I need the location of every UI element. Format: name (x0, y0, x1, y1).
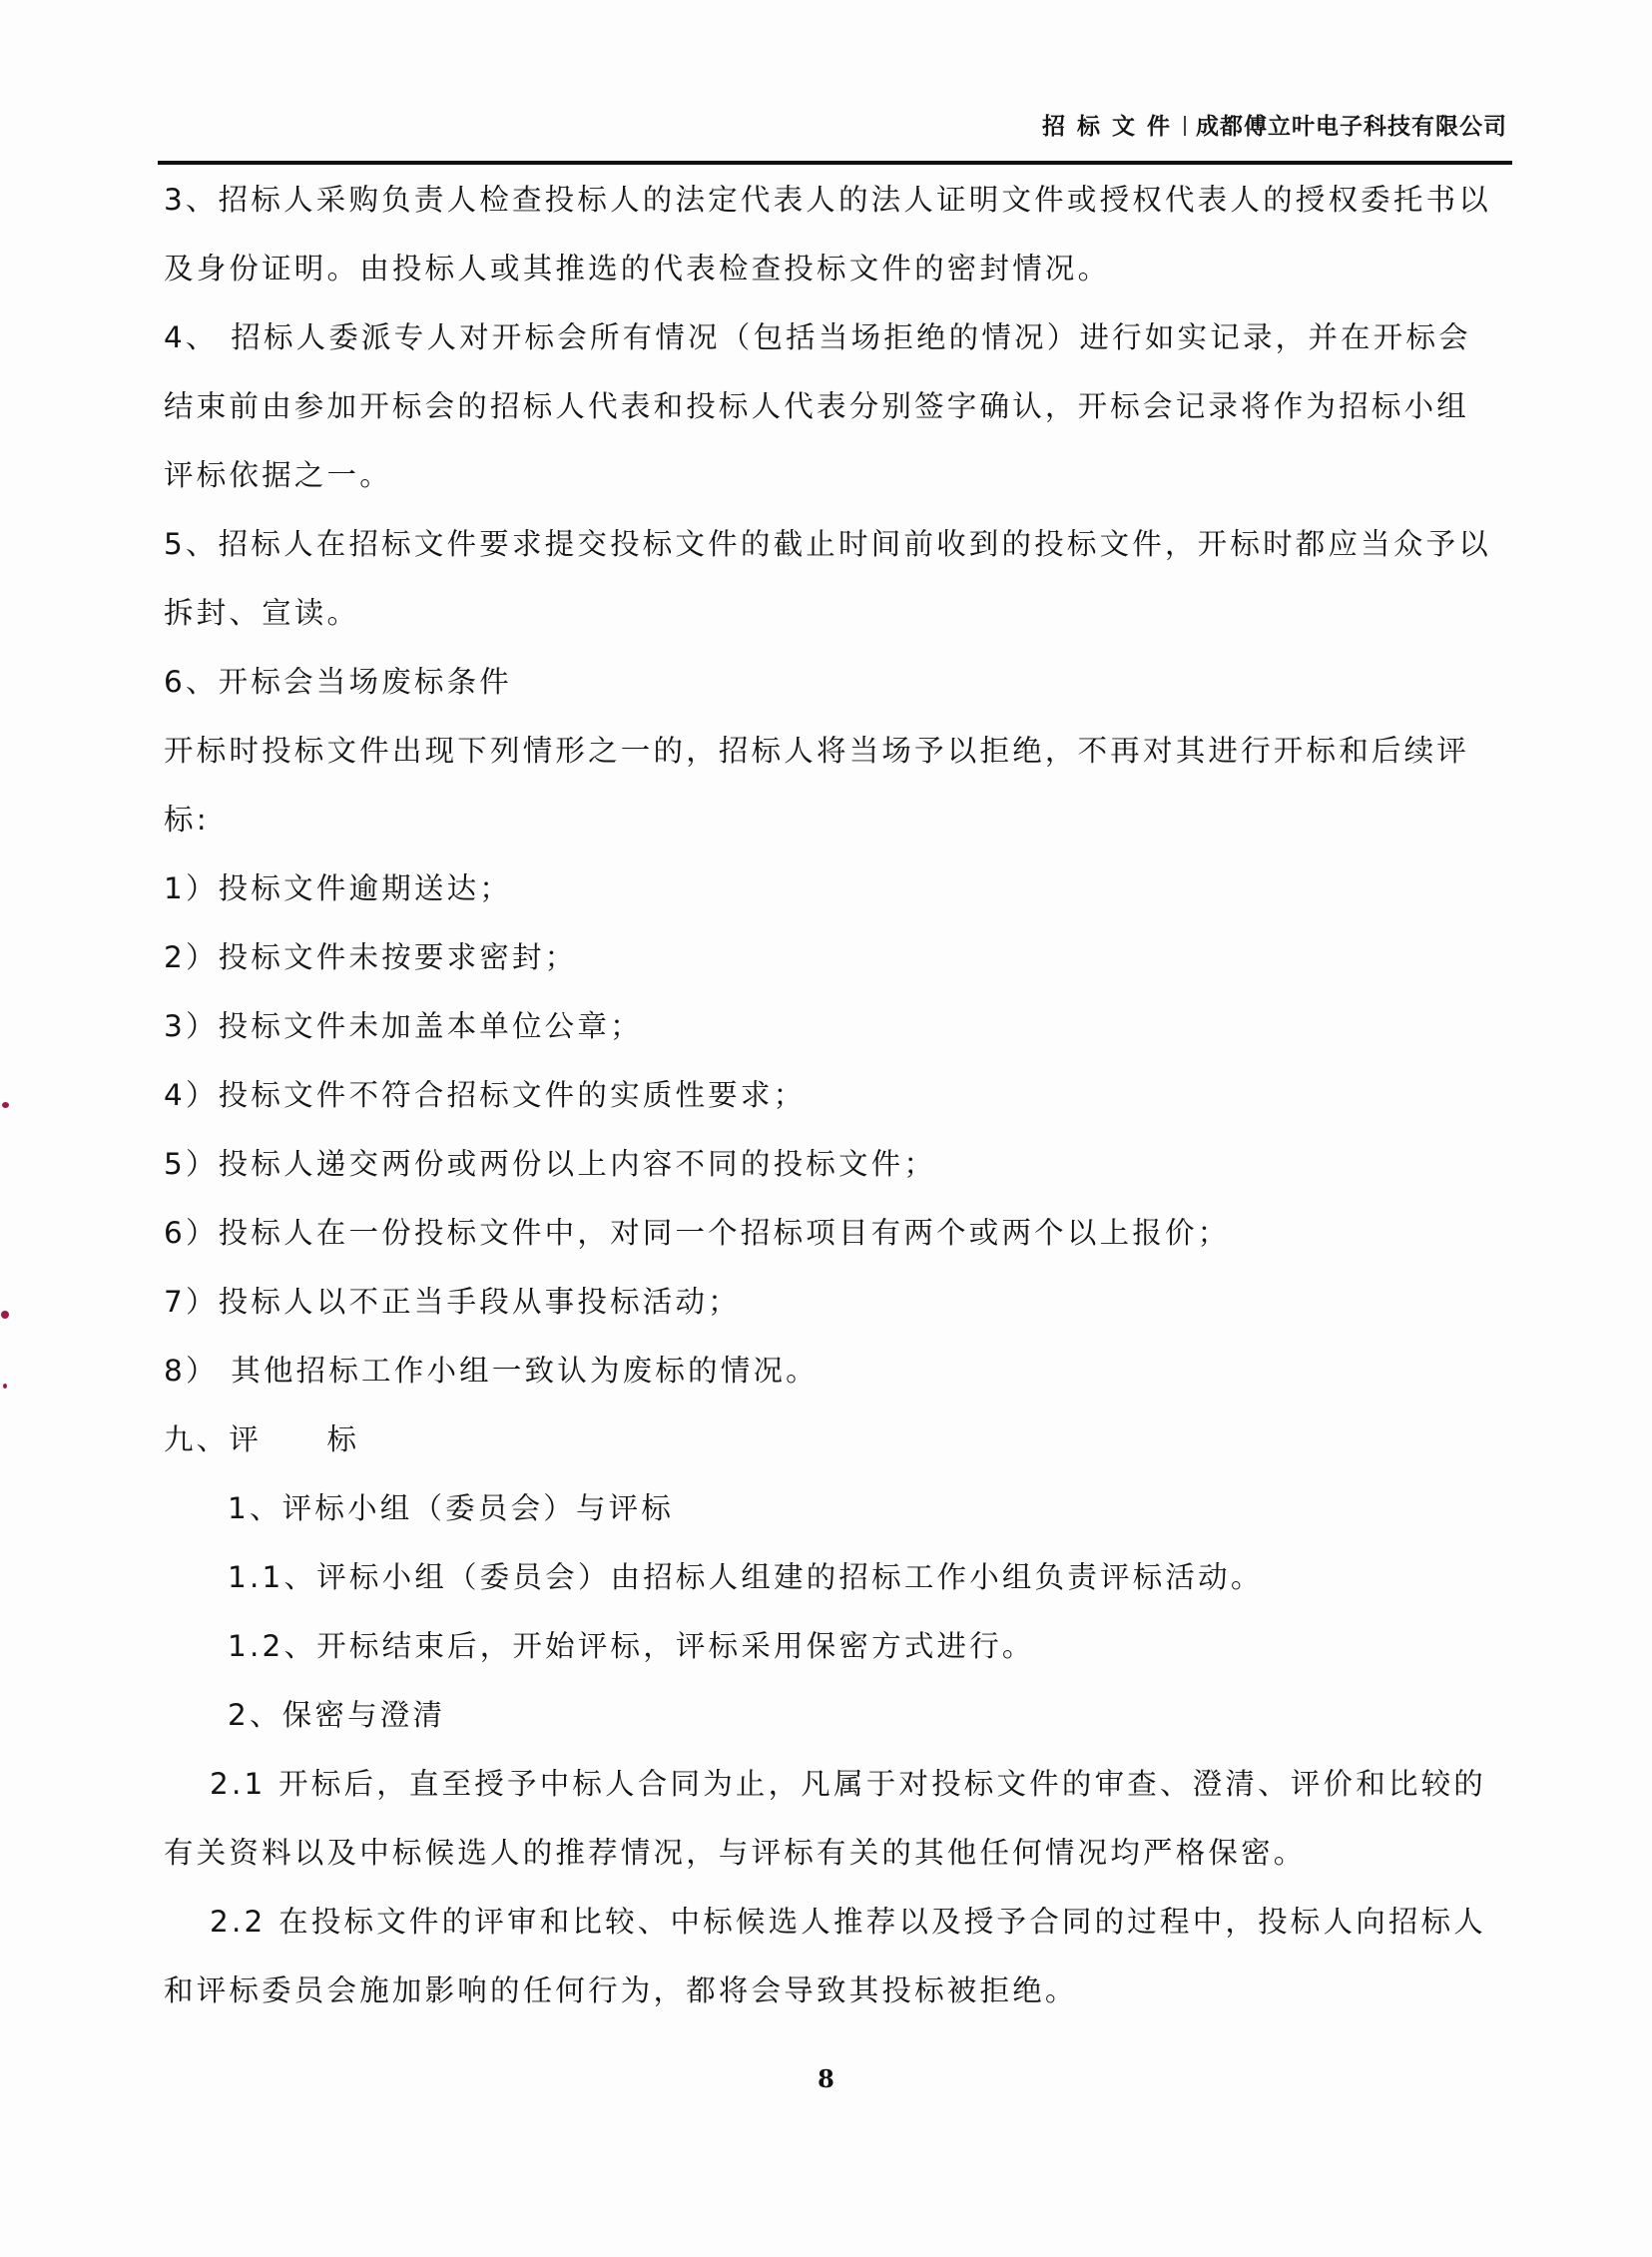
header-doc-type: 招标文件 (1042, 114, 1182, 140)
paragraph-4-line-2: 结束前由参加开标会的招标人代表和投标人代表分别签字确认，开标会记录将作为招标小组 (164, 388, 1469, 424)
header-company: 成都傅立叶电子科技有限公司 (1196, 114, 1507, 140)
clause-2-2-line-1: 2.2 在投标文件的评审和比较、中标候选人推荐以及授予合同的过程中，投标人向招标… (210, 1904, 1486, 1940)
clause-2-2-line-2: 和评标委员会施加影响的任何行为，都将会导致其投标被拒绝。 (164, 1973, 1078, 2008)
clause-2-1-line-1: 2.1 开标后，直至授予中标人合同为止，凡属于对投标文件的审查、澄清、评价和比较… (210, 1766, 1486, 1802)
paragraph-3-line-1: 3、招标人采购负责人检查投标人的法定代表人的法人证明文件或授权代表人的授权委托书… (164, 182, 1491, 218)
section-6-title: 6、开标会当场废标条件 (164, 664, 512, 700)
subsection-2-title: 2、保密与澄清 (228, 1697, 445, 1733)
paragraph-5-line-2: 拆封、宣读。 (164, 595, 359, 631)
rejection-item-7: 7）投标人以不正当手段从事投标活动； (164, 1284, 741, 1320)
clause-1-1: 1.1、评标小组（委员会）由招标人组建的招标工作小组负责评标活动。 (228, 1559, 1264, 1595)
scan-speck (3, 1384, 7, 1389)
scan-speck (1, 1311, 9, 1319)
rejection-item-1: 1）投标文件逾期送达； (164, 870, 512, 906)
section-6-intro-line-1: 开标时投标文件出现下列情形之一的，招标人将当场予以拒绝，不再对其进行开标和后续评 (164, 733, 1469, 769)
document-page: 招标文件成都傅立叶电子科技有限公司 3、招标人采购负责人检查投标人的法定代表人的… (0, 0, 1652, 2257)
clause-1-2: 1.2、开标结束后，开始评标，评标采用保密方式进行。 (228, 1628, 1035, 1664)
paragraph-3-line-2: 及身份证明。由投标人或其推选的代表检查投标文件的密封情况。 (164, 251, 1110, 286)
running-header: 招标文件成都傅立叶电子科技有限公司 (1042, 108, 1507, 141)
header-separator (1184, 116, 1186, 136)
rejection-item-2: 2）投标文件未按要求密封； (164, 939, 577, 975)
rejection-item-3: 3）投标文件未加盖本单位公章； (164, 1008, 643, 1044)
rejection-item-8: 8） 其他招标工作小组一致认为废标的情况。 (164, 1353, 819, 1389)
section-6-intro-line-2: 标: (164, 802, 210, 838)
section-9-heading: 九、评 标 (164, 1421, 359, 1457)
rejection-item-4: 4）投标文件不符合招标文件的实质性要求； (164, 1077, 806, 1113)
page-number: 8 (0, 2064, 1652, 2093)
clause-2-1-line-2: 有关资料以及中标候选人的推荐情况，与评标有关的其他任何情况均严格保密。 (164, 1835, 1307, 1871)
paragraph-5-line-1: 5、招标人在招标文件要求提交投标文件的截止时间前收到的投标文件，开标时都应当众予… (164, 526, 1491, 562)
rejection-item-5: 5）投标人递交两份或两份以上内容不同的投标文件； (164, 1146, 936, 1182)
scan-speck (2, 1102, 9, 1108)
paragraph-4-line-3: 评标依据之一。 (164, 457, 392, 493)
rejection-item-6: 6）投标人在一份投标文件中，对同一个招标项目有两个或两个以上报价； (164, 1215, 1230, 1251)
paragraph-4-line-1: 4、 招标人委派专人对开标会所有情况（包括当场拒绝的情况）进行如实记录，并在开标… (164, 319, 1471, 355)
subsection-1-title: 1、评标小组（委员会）与评标 (228, 1490, 674, 1526)
header-rule (158, 161, 1512, 165)
